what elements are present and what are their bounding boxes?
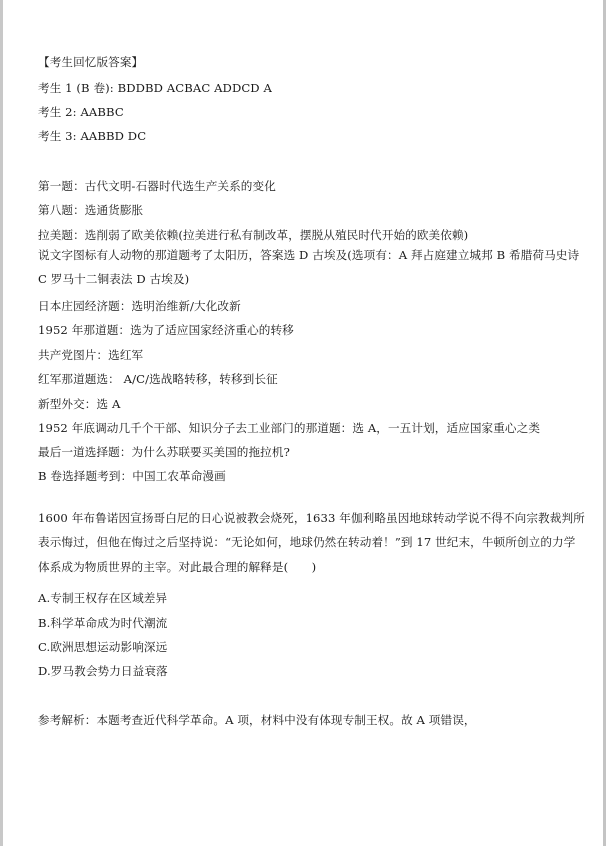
note-7: 共产党图片：选红军 [38,347,582,363]
note-6: 1952 年那道题：选为了适应国家经济重心的转移 [38,322,582,338]
option-a: A.专制王权存在区域差异 [38,590,582,606]
candidate-2-answers: 考生 2: AABBC [38,104,582,120]
candidate-1-answers: 考生 1 (B 卷): BDDBD ACBAC ADDCD A [38,80,582,96]
candidate-3-answers: 考生 3: AABBD DC [38,128,582,144]
note-3: 拉美题：选削弱了欧美依赖(拉美进行私有制改革，摆脱从殖民时代开始的欧美依赖) [38,227,582,243]
analysis-text: 参考解析：本题考查近代科学革命。A 项，材料中没有体现专制王权。故 A 项错误， [38,712,582,728]
note-12: B 卷选择题考到：中国工农革命漫画 [38,468,582,484]
note-4: 说文字图标有人动物的那道题考了太阳历，答案选 D 古埃及(选项有：A 拜占庭建立… [38,243,582,292]
option-d: D.罗马教会势力日益衰落 [38,663,582,679]
note-8: 红军那道题选： A/C/选战略转移，转移到长征 [38,371,582,387]
note-2: 第八题：选通货膨胀 [38,202,582,218]
note-11: 最后一道选择题：为什么苏联要买美国的拖拉机? [38,444,582,460]
note-9: 新型外交：选 A [38,396,582,412]
note-10: 1952 年底调动几千个干部、知识分子去工业部门的那道题：选 A，一五计划，适应… [38,420,582,436]
document-page: 【考生回忆版答案】 考生 1 (B 卷): BDDBD ACBAC ADDCD … [0,0,606,846]
note-5: 日本庄园经济题：选明治维新/大化改新 [38,298,582,314]
question-stem: 1600 年布鲁诺因宣扬哥白尼的日心说被教会烧死，1633 年伽利略虽因地球转动… [38,506,586,579]
option-b: B.科学革命成为时代潮流 [38,615,582,631]
option-c: C.欧洲思想运动影响深远 [38,639,582,655]
answers-title: 【考生回忆版答案】 [38,54,582,70]
note-1: 第一题：古代文明-石器时代选生产关系的变化 [38,178,582,194]
